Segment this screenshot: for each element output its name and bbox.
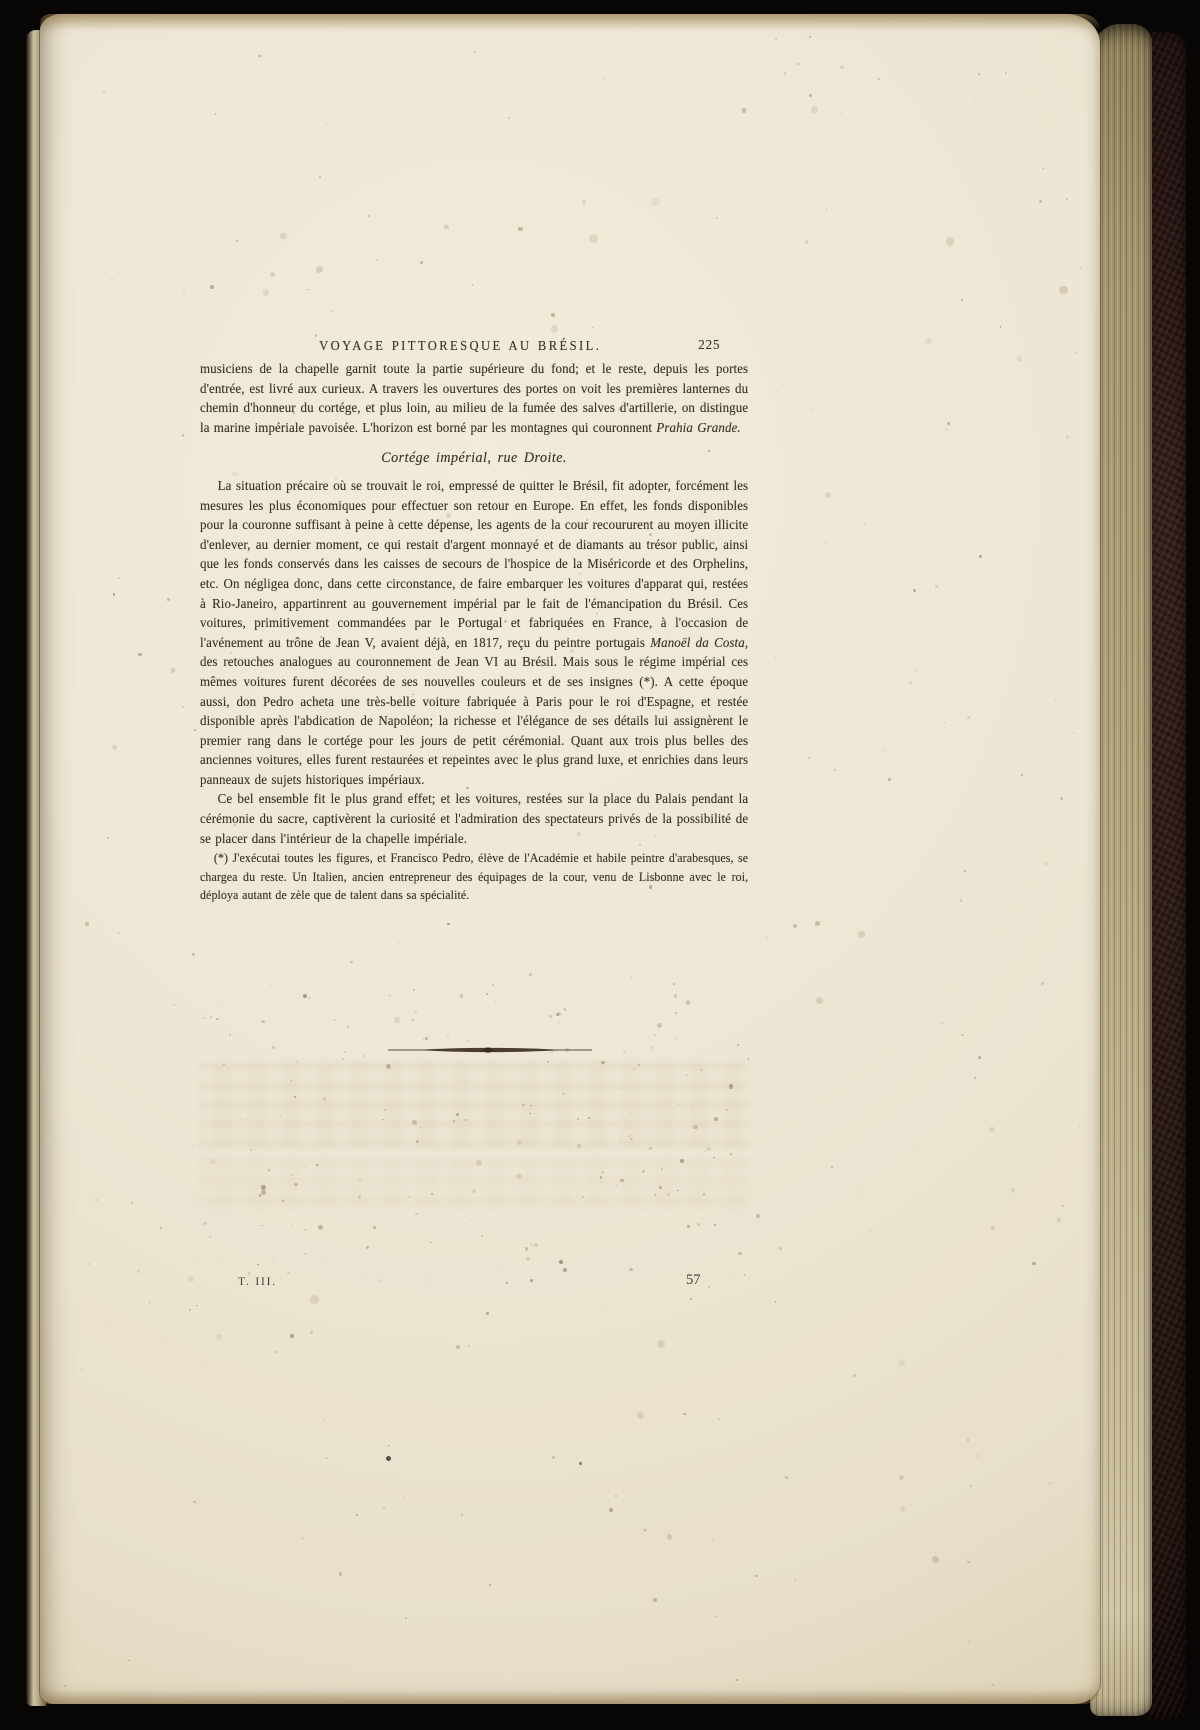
main-paragraph-part1: La situation précaire où se trouvait le … — [200, 479, 748, 651]
main-paragraph-part2: , des retouches analogues au couronnemen… — [200, 636, 748, 788]
text-column: VOYAGE PITTORESQUE AU BRÉSIL. 225 musici… — [200, 336, 748, 905]
closing-paragraph: Ce bel ensemble fit le plus grand effet;… — [200, 790, 748, 849]
running-head: VOYAGE PITTORESQUE AU BRÉSIL. 225 — [200, 336, 748, 356]
intro-paragraph: musiciens de la chapelle garnit toute la… — [200, 360, 748, 438]
verso-showthrough-band — [198, 1062, 750, 1150]
swelled-rule-divider — [388, 1042, 592, 1052]
main-paragraph: La situation précaire où se trouvait le … — [200, 477, 748, 791]
painter-name-italic: Manoël da Costa — [650, 636, 745, 651]
page-number: 225 — [698, 336, 720, 356]
footnote: (*) J'exécutai toutes les figures, et Fr… — [200, 849, 748, 905]
ink-spot — [579, 1462, 582, 1465]
verso-showthrough-band — [198, 1158, 750, 1210]
running-title: VOYAGE PITTORESQUE AU BRÉSIL. — [319, 338, 601, 353]
book-photograph: VOYAGE PITTORESQUE AU BRÉSIL. 225 musici… — [0, 0, 1200, 1730]
ink-spot — [386, 1456, 391, 1461]
sheet-number: 57 — [686, 1272, 701, 1289]
volume-signature: T. III. — [238, 1276, 277, 1288]
swelled-rule-icon — [388, 1045, 592, 1055]
place-name-italic: Prahia Grande. — [656, 421, 740, 436]
section-heading: Cortége impérial, rue Droite. — [200, 448, 748, 468]
